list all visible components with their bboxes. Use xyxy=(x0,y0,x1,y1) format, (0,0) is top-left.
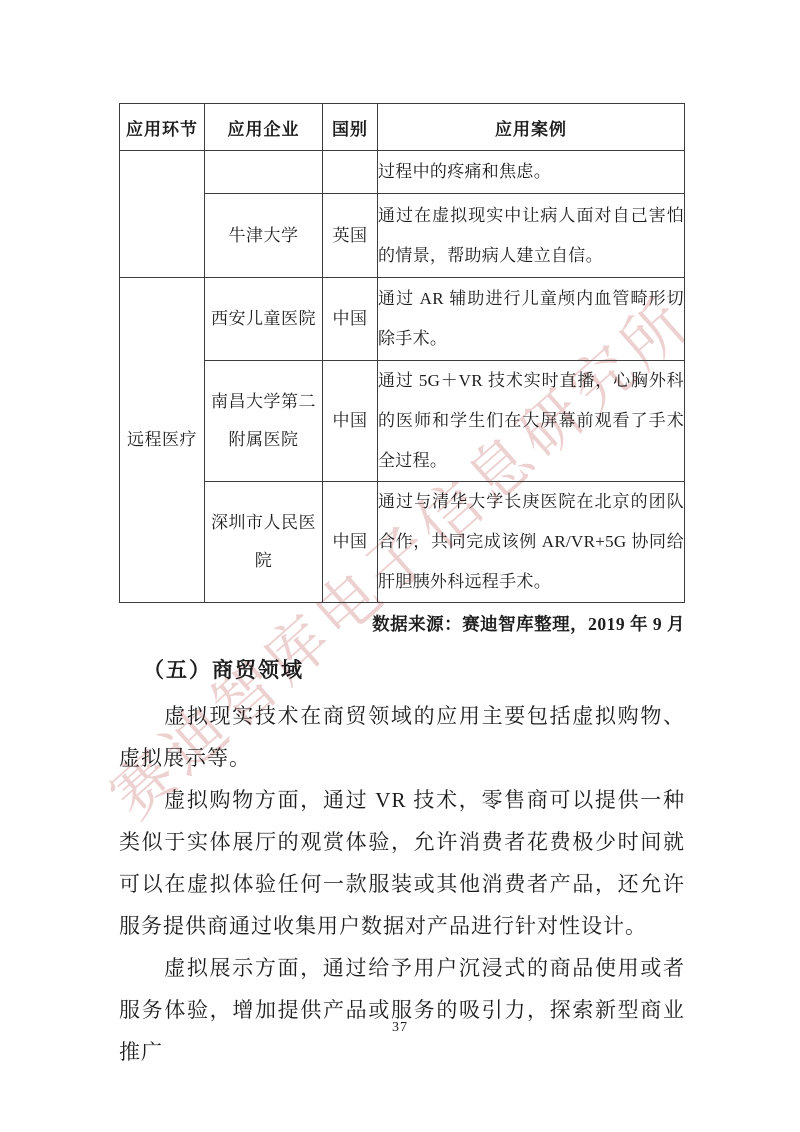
table-cell-case: 过程中的疼痛和焦虑。 xyxy=(378,151,685,194)
section-heading: （五）商贸领域 xyxy=(143,653,685,687)
table-cell-case: 通过 5G＋VR 技术实时直播，心胸外科的医师和学生们在大屏幕前观看了手术全过程… xyxy=(378,361,685,482)
body-paragraph: 虚拟展示方面，通过给予用户沉浸式的商品使用或者服务体验，增加提供产品或服务的吸引… xyxy=(119,947,685,1073)
table-row: 深圳市人民医院 中国 通过与清华大学长庚医院在北京的团队合作，共同完成该例 AR… xyxy=(120,482,685,603)
page-number: 37 xyxy=(0,1020,800,1036)
table-cell-country: 英国 xyxy=(323,194,378,278)
table-cell-country: 中国 xyxy=(323,361,378,482)
header-cell-stage: 应用环节 xyxy=(120,104,205,151)
application-cases-table: 应用环节 应用企业 国别 应用案例 过程中的疼痛和焦虑。 牛津大学 英国 通过在… xyxy=(119,103,685,603)
table-header-row: 应用环节 应用企业 国别 应用案例 xyxy=(120,104,685,151)
table-cell-company xyxy=(205,151,323,194)
table-cell-company: 西安儿童医院 xyxy=(205,278,323,361)
table-row: 南昌大学第二附属医院 中国 通过 5G＋VR 技术实时直播，心胸外科的医师和学生… xyxy=(120,361,685,482)
page-content: 应用环节 应用企业 国别 应用案例 过程中的疼痛和焦虑。 牛津大学 英国 通过在… xyxy=(119,103,685,1073)
table-row: 牛津大学 英国 通过在虚拟现实中让病人面对自己害怕的情景，帮助病人建立自信。 xyxy=(120,194,685,278)
table-cell-stage: 远程医疗 xyxy=(120,278,205,603)
body-paragraph: 虚拟现实技术在商贸领域的应用主要包括虚拟购物、虚拟展示等。 xyxy=(119,695,685,779)
document-page: 赛迪智库电子信息研究所 应用环节 应用企业 国别 应用案例 过程中的疼痛和焦虑。… xyxy=(0,0,800,1132)
data-source-note: 数据来源：赛迪智库整理，2019 年 9 月 xyxy=(119,611,685,637)
table-cell-case: 通过在虚拟现实中让病人面对自己害怕的情景，帮助病人建立自信。 xyxy=(378,194,685,278)
header-cell-case: 应用案例 xyxy=(378,104,685,151)
table-cell-company: 深圳市人民医院 xyxy=(205,482,323,603)
table-cell-company: 南昌大学第二附属医院 xyxy=(205,361,323,482)
table-row: 远程医疗 西安儿童医院 中国 通过 AR 辅助进行儿童颅内血管畸形切除手术。 xyxy=(120,278,685,361)
table-cell-case: 通过与清华大学长庚医院在北京的团队合作，共同完成该例 AR/VR+5G 协同给肝… xyxy=(378,482,685,603)
table-cell-country: 中国 xyxy=(323,482,378,603)
table-cell-stage xyxy=(120,151,205,278)
table-cell-case: 通过 AR 辅助进行儿童颅内血管畸形切除手术。 xyxy=(378,278,685,361)
table-row: 过程中的疼痛和焦虑。 xyxy=(120,151,685,194)
table-cell-country: 中国 xyxy=(323,278,378,361)
header-cell-country: 国别 xyxy=(323,104,378,151)
table-cell-company: 牛津大学 xyxy=(205,194,323,278)
header-cell-company: 应用企业 xyxy=(205,104,323,151)
table-cell-country xyxy=(323,151,378,194)
body-paragraph: 虚拟购物方面，通过 VR 技术，零售商可以提供一种类似于实体展厅的观赏体验，允许… xyxy=(119,779,685,947)
